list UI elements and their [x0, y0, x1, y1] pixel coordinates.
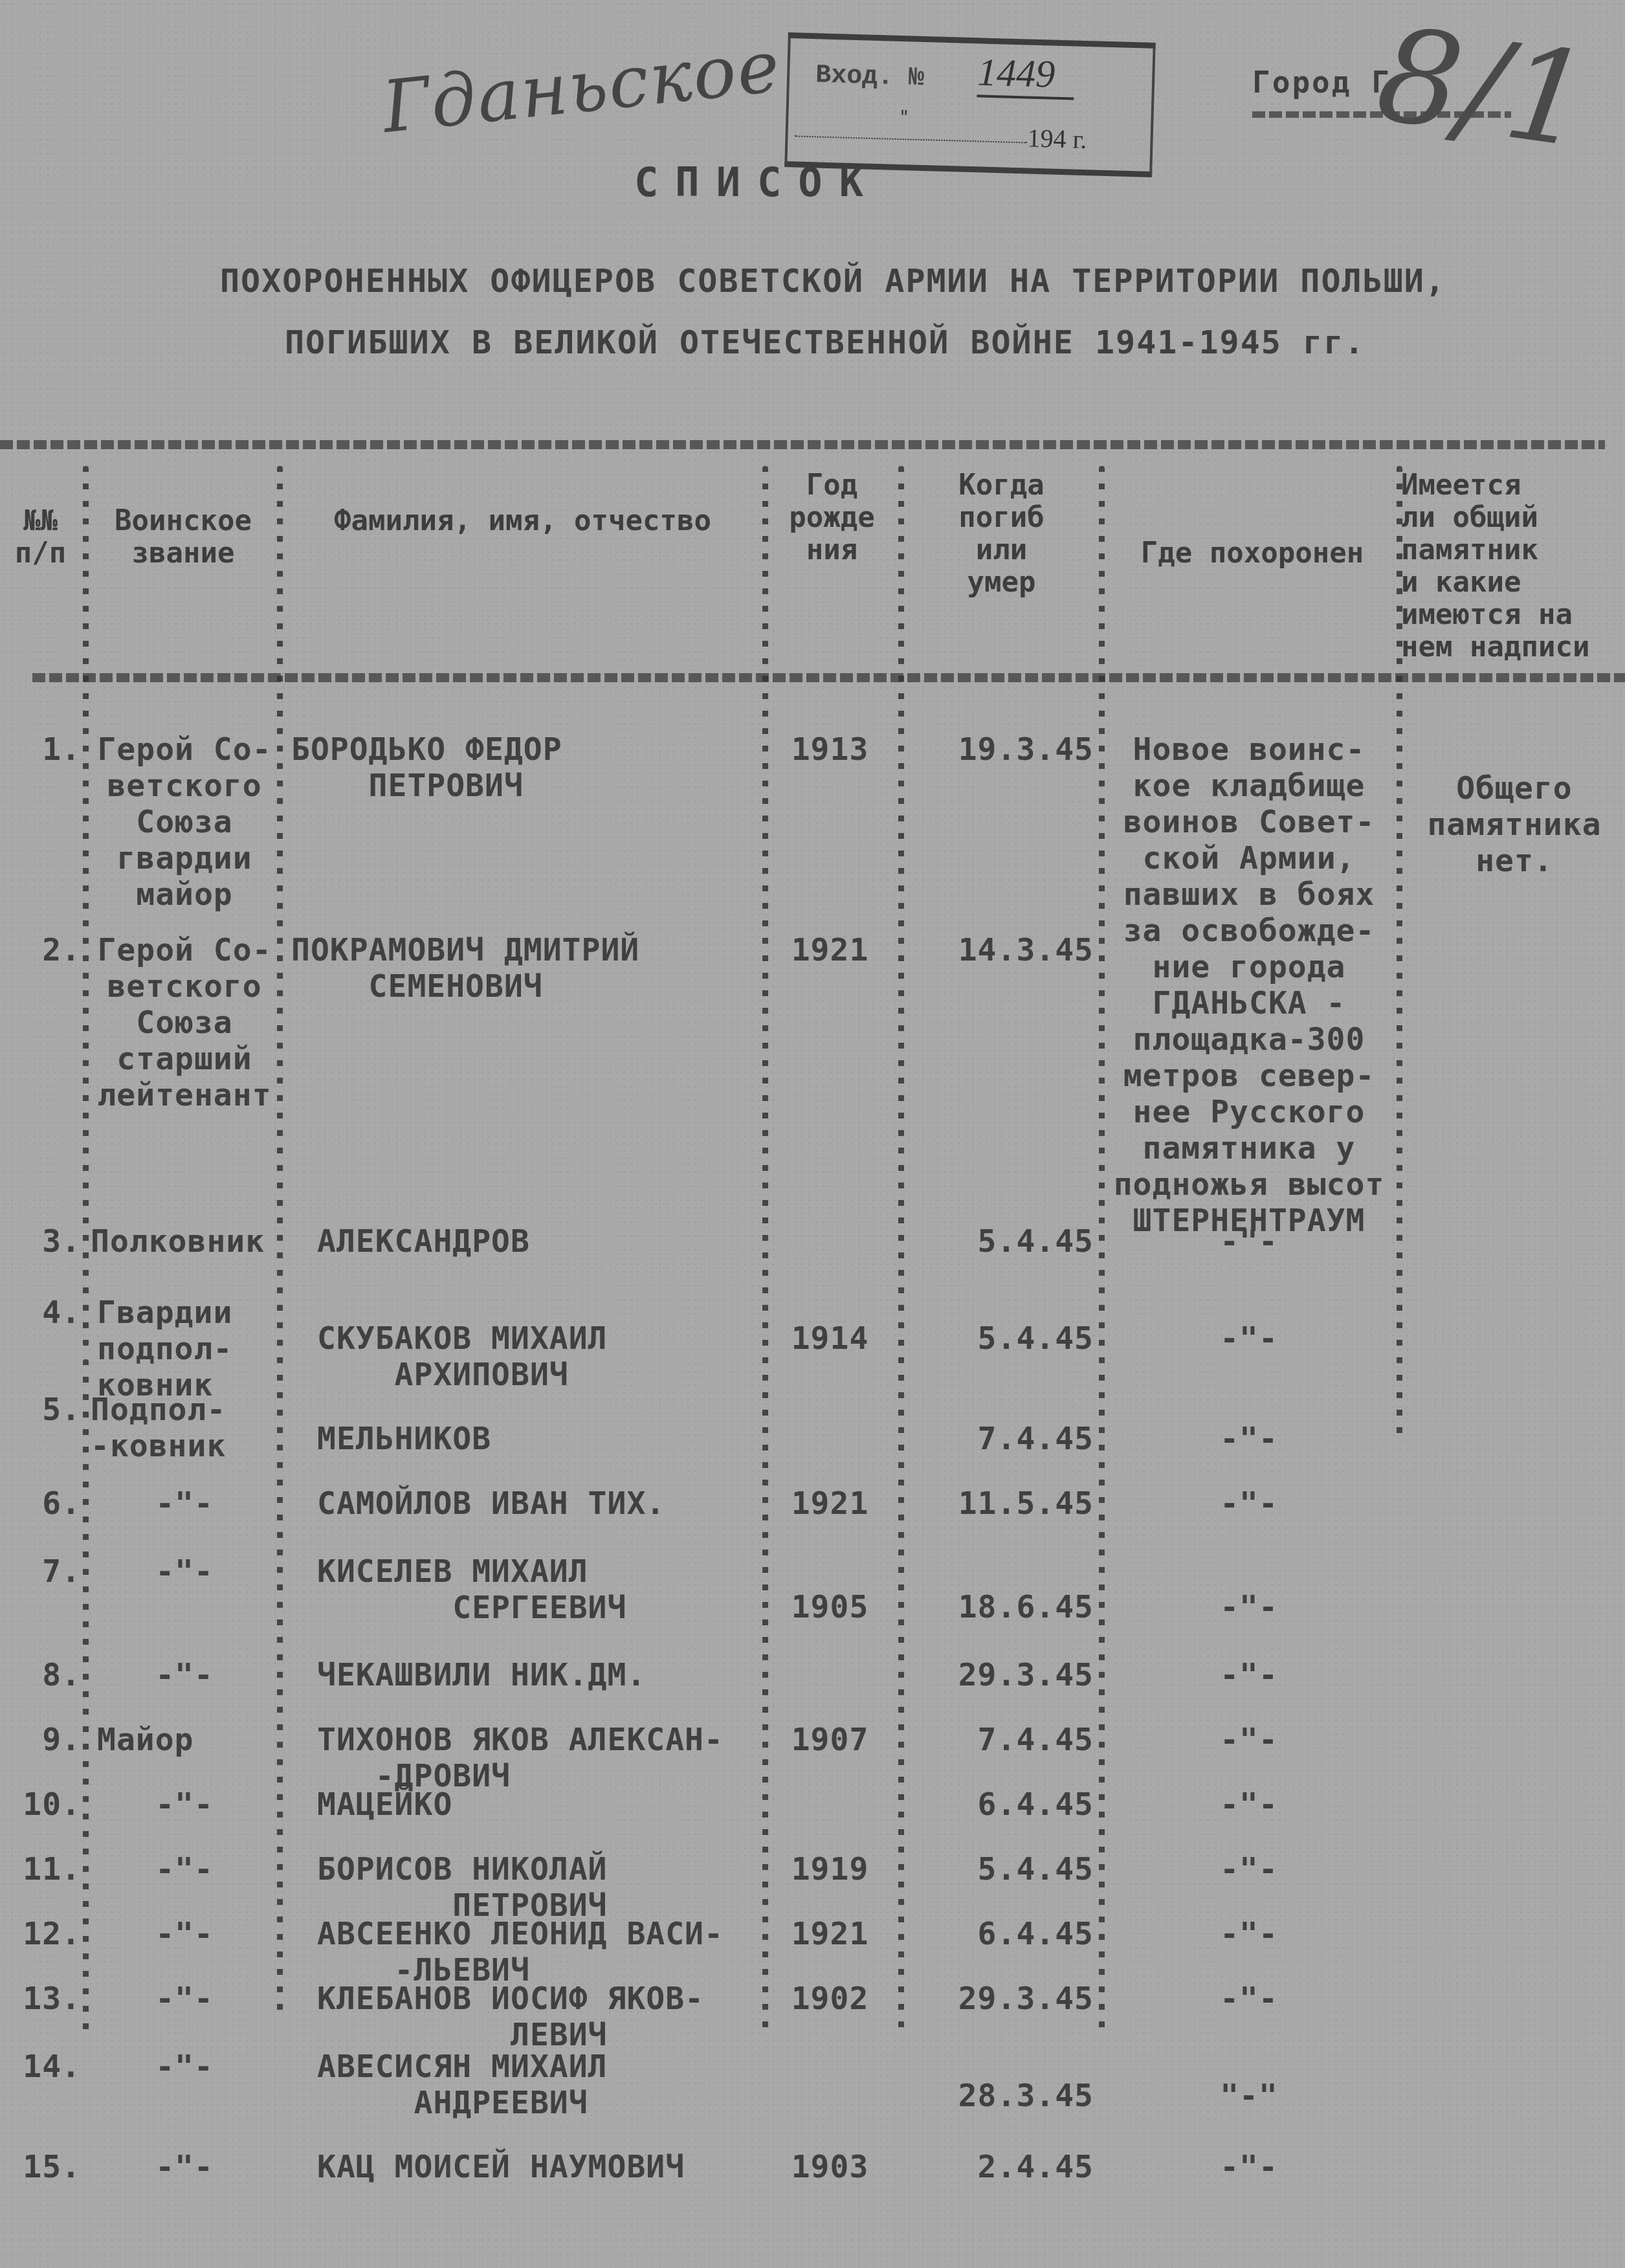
row-number: 12.: [0, 1916, 81, 1952]
column-divider: [83, 1359, 89, 2039]
row-buried: -"-: [1100, 1589, 1398, 1625]
document-subtitle-line2: ПОГИБШИХ В ВЕЛИКОЙ ОТЕЧЕСТВЕННОЙ ВОЙНЕ 1…: [285, 324, 1365, 361]
row-name: АЛЕКСАНДРОВ: [317, 1223, 530, 1260]
row-buried: -"-: [1100, 1786, 1398, 1823]
row-buried: -"-: [1100, 1485, 1398, 1522]
row-number: 2.: [0, 932, 81, 968]
row-died: 6.4.45: [906, 1916, 1094, 1952]
column-divider: [762, 466, 768, 2032]
row-rank: -"-: [91, 1786, 278, 1823]
col-header-num: №№ п/п: [0, 505, 81, 570]
row-rank: Гвардии подпол- ковник: [97, 1295, 232, 1403]
row-buried: -"-: [1100, 1722, 1398, 1758]
row-born: 1907: [767, 1722, 893, 1758]
row-born: 1902: [767, 1981, 893, 2017]
row-rank: -"-: [91, 1485, 278, 1522]
row-buried: -"-: [1100, 1981, 1398, 2017]
row-rank: -"-: [91, 1657, 278, 1693]
document-subtitle-line1: ПОХОРОНЕННЫХ ОФИЦЕРОВ СОВЕТСКОЙ АРМИИ НА…: [220, 262, 1446, 300]
row-buried: "-": [1100, 2078, 1398, 2114]
row-died: 28.3.45: [906, 2078, 1094, 2114]
row-born: 1921: [767, 932, 893, 968]
row-rank: -"-: [91, 1981, 278, 2017]
row-rank: Майор: [97, 1722, 194, 1758]
row-name: МАЦЕЙКО: [317, 1786, 452, 1823]
row-rank: -"-: [91, 2049, 278, 2085]
row-born: 1905: [767, 1589, 893, 1625]
row-number: 3.: [0, 1223, 81, 1260]
city-label: Город Г: [1252, 65, 1391, 100]
row-number: 13.: [0, 1981, 81, 2017]
table-top-rule: [0, 440, 1605, 449]
row-name: САМОЙЛОВ ИВАН ТИХ.: [317, 1485, 665, 1522]
row-rank: -"-: [91, 1916, 278, 1952]
row-born: 1919: [767, 1851, 893, 1887]
row-name: АВЕСИСЯН МИХАИЛ АНДРЕЕВИЧ: [317, 2049, 607, 2121]
row-number: 15.: [0, 2149, 81, 2185]
row-rank: -"-: [91, 1851, 278, 1887]
row-number: 7.: [0, 1553, 81, 1590]
row-buried: -"-: [1100, 1916, 1398, 1952]
col-header-name: Фамилия, имя, отчество: [285, 505, 760, 537]
row-number: 10.: [0, 1786, 81, 1823]
row-rank: -"-: [91, 2149, 278, 2185]
row-buried: -"-: [1100, 1421, 1398, 1457]
row-died: 18.6.45: [906, 1589, 1094, 1625]
row-number: 8.: [0, 1657, 81, 1693]
stamp-date-line: [795, 135, 1028, 143]
row-rank: Герой Со- ветского Союза гвардии майор: [91, 731, 278, 913]
row-buried: -"-: [1100, 1851, 1398, 1887]
col-header-born: Год рожде ния: [769, 469, 895, 566]
burial-place-shared: Новое воинс- кое кладбище воинов Совет- …: [1100, 731, 1398, 1239]
row-number: 5.: [0, 1392, 81, 1428]
row-number: 9.: [0, 1722, 81, 1758]
row-name: КАЦ МОИСЕЙ НАУМОВИЧ: [317, 2149, 685, 2185]
row-buried: -"-: [1100, 2149, 1398, 2185]
row-born: 1921: [767, 1485, 893, 1522]
row-name: БОРИСОВ НИКОЛАЙ ПЕТРОВИЧ: [317, 1851, 607, 1924]
row-number: 14.: [0, 2049, 81, 2085]
col-header-monument: Имеется ли общий памятник и какие имеютс…: [1401, 469, 1625, 663]
stamp-number: 1449: [977, 50, 1075, 100]
row-name: ТИХОНОВ ЯКОВ АЛЕКСАН- -ДРОВИЧ: [317, 1722, 724, 1794]
handwritten-page-number: 8/1: [1369, 0, 1600, 178]
row-died: 5.4.45: [906, 1851, 1094, 1887]
row-born: 1921: [767, 1916, 893, 1952]
row-born: 1914: [767, 1320, 893, 1357]
row-died: 14.3.45: [906, 932, 1094, 968]
stamp-quote: ": [898, 106, 910, 128]
row-rank: Герой Со- ветского Союза старший лейтена…: [91, 932, 278, 1113]
row-number: 4.: [0, 1295, 81, 1331]
row-died: 6.4.45: [906, 1786, 1094, 1823]
row-born: 1903: [767, 2149, 893, 2185]
row-number: 11.: [0, 1851, 81, 1887]
col-header-buried: Где похоронен: [1107, 537, 1398, 570]
stamp-label: Вход. №: [815, 61, 925, 93]
row-buried: -"-: [1100, 1657, 1398, 1693]
row-name: СКУБАКОВ МИХАИЛ АРХИПОВИЧ: [317, 1320, 607, 1393]
row-died: 29.3.45: [906, 1657, 1094, 1693]
row-died: 29.3.45: [906, 1981, 1094, 2017]
row-died: 11.5.45: [906, 1485, 1094, 1522]
stamp-year: 194 г.: [1027, 123, 1087, 155]
column-divider: [83, 466, 89, 1346]
row-buried: -"-: [1100, 1320, 1398, 1357]
row-name: АВСЕЕНКО ЛЕОНИД ВАСИ- -ЛЬЕВИЧ: [317, 1916, 724, 1988]
row-name: ПОКРАМОВИЧ ДМИТРИЙ СЕМЕНОВИЧ: [291, 932, 639, 1005]
row-name: БОРОДЬКО ФЕДОР ПЕТРОВИЧ: [291, 731, 562, 804]
row-name: КИСЕЛЕВ МИХАИЛ СЕРГЕЕВИЧ: [317, 1553, 626, 1626]
col-header-rank: Воинское звание: [89, 505, 277, 570]
row-rank: Подпол- -ковник: [91, 1392, 226, 1464]
row-died: 7.4.45: [906, 1722, 1094, 1758]
column-divider: [898, 466, 904, 2032]
row-rank: Полковник: [91, 1223, 265, 1260]
handwritten-note: Гданьское: [379, 25, 784, 149]
row-buried: -"-: [1100, 1223, 1398, 1260]
row-died: 5.4.45: [906, 1320, 1094, 1357]
row-born: 1913: [767, 731, 893, 768]
row-name: МЕЛЬНИКОВ: [317, 1421, 491, 1457]
document-title: СПИСОК: [634, 159, 880, 206]
table-header-rule: [32, 673, 1625, 682]
row-rank: -"-: [91, 1553, 278, 1590]
row-died: 7.4.45: [906, 1421, 1094, 1457]
row-died: 19.3.45: [906, 731, 1094, 768]
monument-shared: Общего памятника нет.: [1404, 770, 1624, 879]
col-header-died: Когда погиб или умер: [906, 469, 1097, 599]
registration-stamp: Вход. № 1449 " 194 г.: [784, 32, 1156, 177]
row-number: 6.: [0, 1485, 81, 1522]
row-name: ЧЕКАШВИЛИ НИК.ДМ.: [317, 1657, 646, 1693]
row-name: КЛЕБАНОВ ИОСИФ ЯКОВ- ЛЕВИЧ: [317, 1981, 704, 2053]
row-number: 1.: [0, 731, 81, 768]
row-died: 2.4.45: [906, 2149, 1094, 2185]
row-died: 5.4.45: [906, 1223, 1094, 1260]
